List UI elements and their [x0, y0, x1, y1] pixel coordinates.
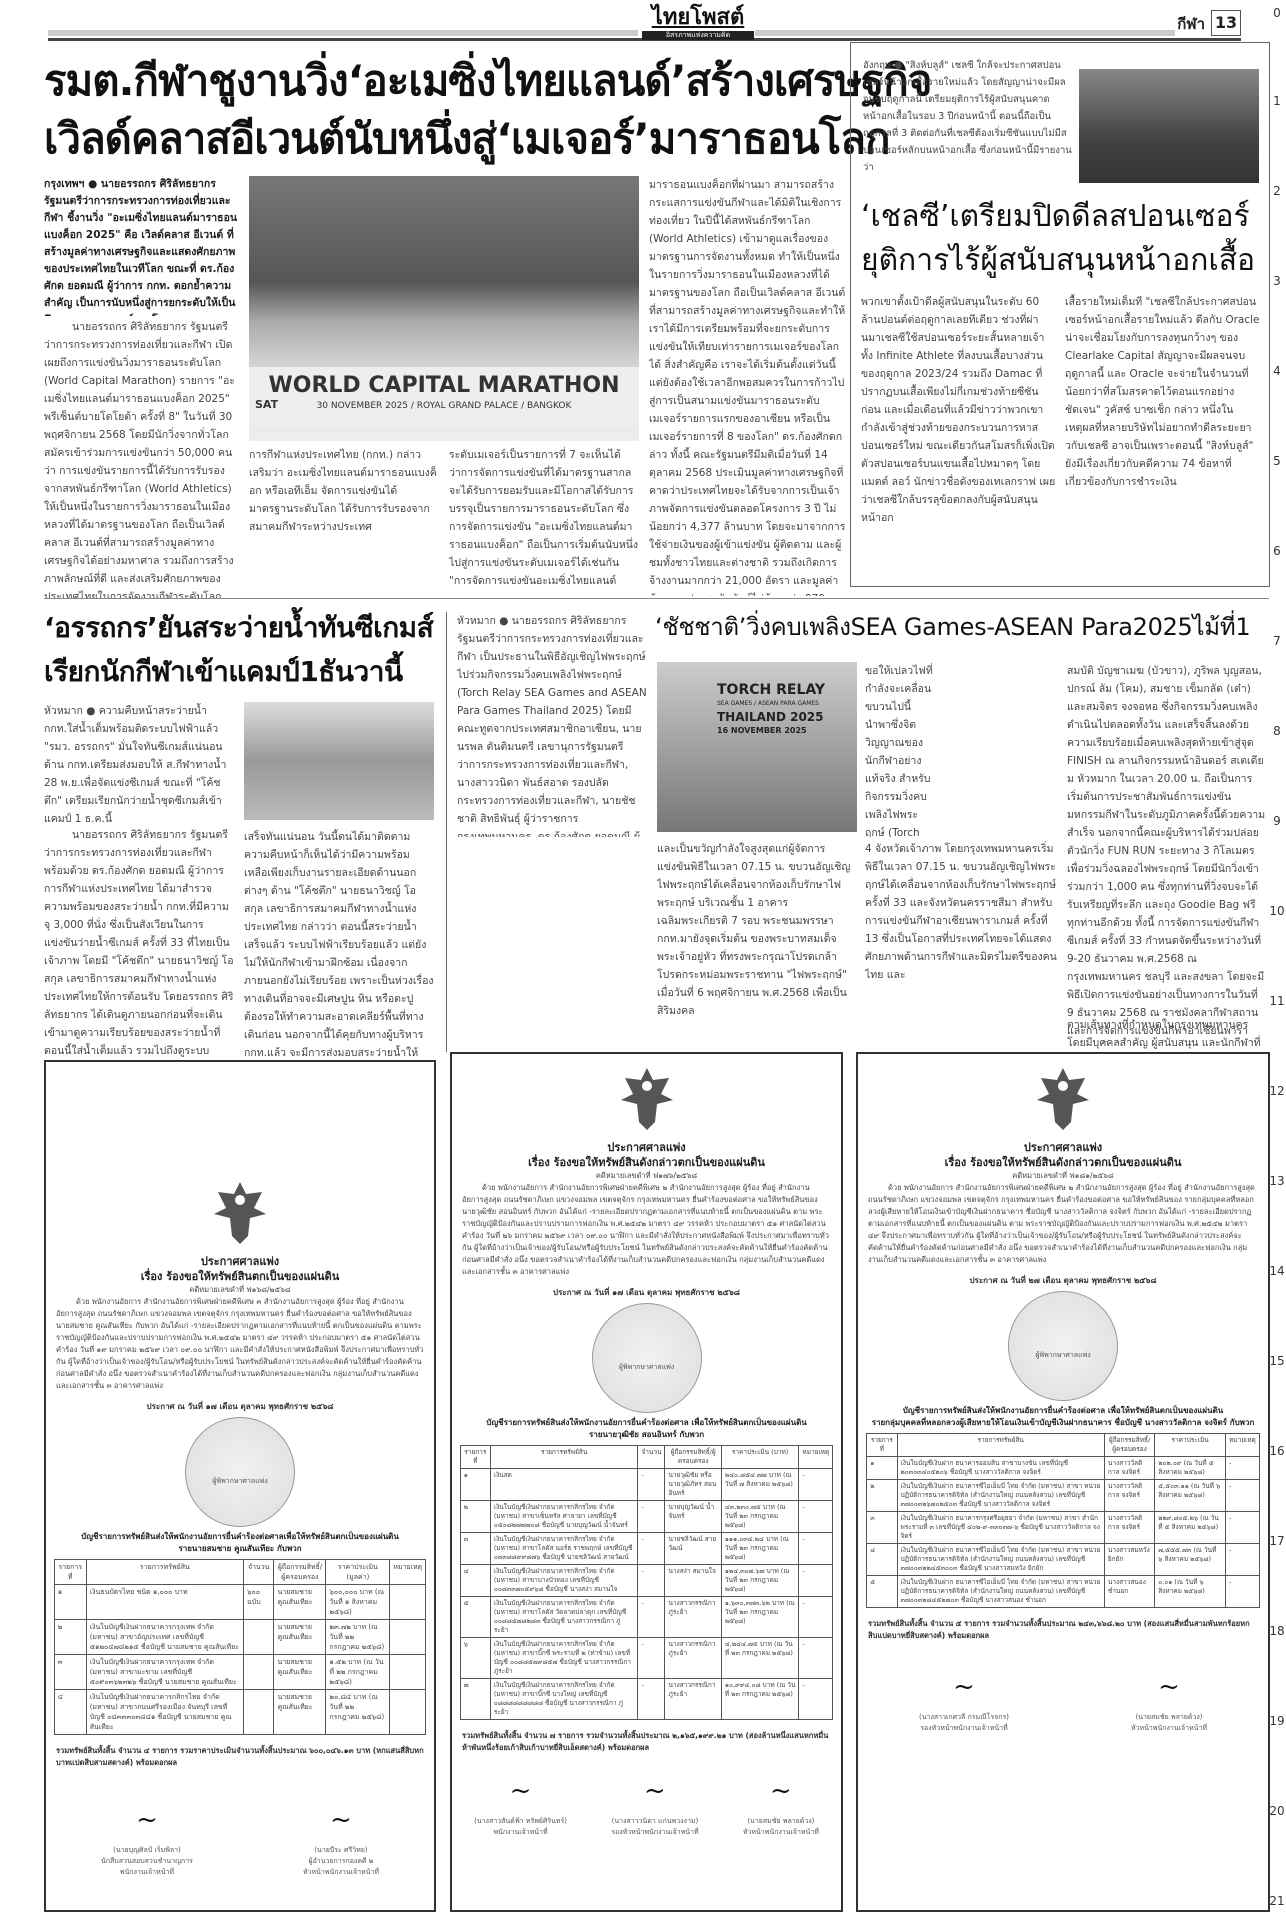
court-notice-2: ประกาศศาลแพ่ง เรื่อง ร้องขอให้ทรัพย์สินด… — [450, 1052, 843, 1912]
signature-icon: ~ — [303, 1805, 379, 1845]
lead-col-2: การกีฬาแห่งประเทศไทย (กกท.) กล่าวเสริมว่… — [249, 446, 439, 596]
lead-col-1: นายอรรถกร ศิริลัทธยากร รัฐมนตรีว่าการกระ… — [44, 318, 242, 598]
table-cell: - — [638, 1469, 665, 1501]
table-cell: - — [638, 1565, 665, 1597]
table-cell: ๗ — [460, 1679, 490, 1720]
table-cell: เงินธนบัตรไทย ชนิด ๑,๐๐๐ บาท — [86, 1585, 243, 1620]
table-cell: - — [638, 1679, 665, 1720]
table-row: ๖เงินในบัญชีเงินฝากธนาคารกสิกรไทย จำกัด … — [460, 1638, 832, 1679]
table-cell — [390, 1620, 426, 1655]
signer-text: (นายบีระ ศรีวิทย) — [303, 1845, 379, 1856]
court-seal-icon: ผู้พิพากษาศาลแพ่ง — [592, 1303, 702, 1413]
table-header-cell: จำนวน — [243, 1560, 273, 1585]
lead-col-4: มาราธอนแบงค็อกที่ผ่านมา สามารถสร้างกระแส… — [649, 176, 847, 596]
table-header-cell: หมายเหตุ — [799, 1446, 833, 1469]
signature-icon: ~ — [611, 1776, 698, 1816]
table-cell: ๒ — [54, 1620, 86, 1655]
table-cell: นางสาวกรรณิกา ภู่ระย้า — [665, 1638, 721, 1679]
table-cell: เงินในบัญชีเงินฝากธนาคารกสิกรไทย จำกัด (… — [490, 1638, 638, 1679]
table-cell: ๓ — [54, 1655, 86, 1690]
table-header-cell: หมายเหตุ — [1226, 1434, 1260, 1457]
table-cell: ๑,๖๓๐,๓๗๓.๖๒ บาท (ณ วันที่ ๒๓ กรกฎาคม ๒๕… — [721, 1597, 799, 1638]
signer-text: (นางสาวเกศวลี กรมณีโรจกร) — [919, 1712, 1009, 1723]
table-cell: เงินในบัญชีเงินฝาก ธนาคารกรุงศรีอยุธยา จ… — [897, 1512, 1104, 1544]
table-header-cell: ราคาประเมิน (มูลค่า) — [326, 1560, 390, 1585]
signer: ~(นางสาววนิดา แก่นพวงงาม)รองหัวหน้าพนักง… — [611, 1776, 698, 1838]
table-cell: - — [799, 1469, 833, 1501]
signer: ~(นายบุญศิลป์ เริ่มพิลา)นักสืบสวนสอบสวนช… — [101, 1805, 193, 1878]
chelsea-teaser: อังกฤษ ● "สิงห์บลูส์" เชลซี ใกล้จะประกาศ… — [863, 57, 1073, 181]
signer-text: ผู้อำนวยการกองคดี ๒ — [303, 1856, 379, 1867]
table-cell: นายวุฒิชัย หรือ นายวุฒิภัทร สอนอินทร์ — [665, 1469, 721, 1501]
table-cell: นางสาวสมหวัง ยิกยัก — [1104, 1544, 1154, 1576]
table-cell: ๒ — [867, 1480, 897, 1512]
table-cell — [390, 1690, 426, 1735]
table-cell: นางสาวกรรณิกา ภู่ระย้า — [665, 1679, 721, 1720]
table-header-cell: รายการทรัพย์สิน — [490, 1446, 638, 1469]
chelsea-headline-1: ‘เชลซี’เตรียมปิดดีลสปอนเซอร์ — [861, 195, 1250, 239]
table-cell: - — [799, 1679, 833, 1720]
table-row: ๒เงินในบัญชีเงินฝากธนาคารกสิกรไทย จำกัด … — [460, 1501, 832, 1533]
table-cell: ๑.๕๒ บาท (ณ วันที่ ๒๒ กรกฎาคม ๒๕๖๘) — [326, 1655, 390, 1690]
signer: ~(นายสมชัย พลายด้วง)หัวหน้าพนักงานเจ้าหน… — [1131, 1672, 1207, 1734]
swim-photo — [244, 702, 434, 820]
table-row: ๒เงินในบัญชีเงินฝากธนาคารกรุงเทพ จำกัด (… — [54, 1620, 425, 1655]
table-cell: - — [1226, 1457, 1260, 1480]
signer-text: พนักงานเจ้าหน้าที่ — [474, 1827, 567, 1838]
table-cell: - — [1226, 1576, 1260, 1608]
table-cell: นายสมชาย คูณสันเทียะ — [274, 1620, 326, 1655]
swim-headline-1: ‘อรรถกร’ยันสระว่ายน้ำทันซีเกมส์ — [44, 606, 444, 650]
table-cell: เงินในบัญชีเงินฝาก ธนาคารซีไอเอ็มบี ไทย … — [897, 1480, 1104, 1512]
torch-story: หัวหมาก ● นายอรรถกร ศิริลัทธยากร รัฐมนตร… — [455, 606, 1270, 1046]
lead-headline-2: เวิลด์คลาสอีเวนต์นับหนึ่งสู่‘เมเจอร์’มาร… — [44, 110, 844, 168]
table-cell: นายบุญวัฒน์ น้ำจันทร์ — [665, 1501, 721, 1533]
table-cell: - — [638, 1638, 665, 1679]
signer-text: รองหัวหน้าพนักงานเจ้าหน้าที่ — [919, 1723, 1009, 1734]
table-cell: - — [799, 1533, 833, 1565]
table-row: ๕เงินในบัญชีเงินฝากธนาคารกสิกรไทย จำกัด … — [460, 1597, 832, 1638]
marathon-photo: WORLD CAPITAL MARATHON 30 NOVEMBER 2025 … — [249, 176, 639, 441]
table-cell: ๖ — [460, 1638, 490, 1679]
table-header-cell: ราคาประเมิน — [1155, 1434, 1226, 1457]
table-cell — [243, 1690, 273, 1735]
newspaper-logo: ไทยโพสต์ อิสรภาพแห่งความคิด — [642, 6, 754, 40]
signatures: ~(นายบุญศิลป์ เริ่มพิลา)นักสืบสวนสอบสวนช… — [46, 1805, 434, 1878]
table-cell: ๒๐๒.๐๙ (ณ วันที่ ๕ สิงหาคม ๒๕๖๘) — [1155, 1457, 1226, 1480]
table-cell: นางสาวกรรณิกา ภู่ระย้า — [665, 1597, 721, 1638]
page-number: 13 — [1211, 10, 1241, 36]
table-cell: ๑๑๑,๐๓๔.๒๔ บาท (ณ วันที่ ๒๓ กรกฎาคม ๒๕๖๘… — [721, 1533, 799, 1565]
table-cell: ๒๒๙,๘๐๕.๒๖ (ณ วันที่ ๕ สิงหาคม ๒๕๖๘) — [1155, 1512, 1226, 1544]
table-cell: ๕ — [867, 1576, 897, 1608]
table-cell: นางสาวสนอง ชำนอก — [1104, 1576, 1154, 1608]
signer-text: หัวหน้าพนักงานเจ้าหน้าที่ — [1131, 1723, 1207, 1734]
signer: ~(นางสาวสันต์ฟ้า ทรัพย์ศิรินทร์)พนักงานเ… — [474, 1776, 567, 1838]
table-cell: เงินในบัญชีเงินฝาก ธนาคารซีไอเอ็มบี ไทย … — [897, 1576, 1104, 1608]
table-cell: เงินในบัญชีเงินฝากธนาคารกรุงเทพ จำกัด (ม… — [86, 1655, 243, 1690]
lead-lede: กรุงเทพฯ ● นายอรรถกร ศิริลัทธยากร รัฐมนต… — [44, 176, 242, 316]
signatures: ~(นางสาวเกศวลี กรมณีโรจกร)รองหัวหน้าพนัก… — [858, 1672, 1268, 1734]
table-cell: ๒๔๐,๘๕๔.๗๗ บาท (ณ วันที่ ๗ สิงหาคม ๒๕๖๘) — [721, 1469, 799, 1501]
table-row: ๔เงินในบัญชีเงินฝาก ธนาคารซีไอเอ็มบี ไทย… — [867, 1544, 1260, 1576]
torch-photo: TORCH RELAY SEA GAMES / ASEAN PARA GAMES… — [657, 662, 857, 832]
table-cell: ๑ — [54, 1585, 86, 1620]
table-cell: - — [1226, 1512, 1260, 1544]
table-cell: - — [799, 1638, 833, 1679]
table-cell: - — [1226, 1544, 1260, 1576]
table-cell: - — [638, 1597, 665, 1638]
table-cell: ๑ — [460, 1469, 490, 1501]
chelsea-headline-2: ยุติการไร้ผู้สนับสนุนหน้าอกเสื้อ — [861, 239, 1255, 283]
table-cell: ๕,๕๐๓.๑๑ (ณ วันที่ ๖ สิงหาคม ๒๕๖๘) — [1155, 1480, 1226, 1512]
masthead-rule-right — [755, 30, 1175, 36]
table-row: ๗เงินในบัญชีเงินฝากธนาคารกสิกรไทย จำกัด … — [460, 1679, 832, 1720]
table-cell: ๒ — [460, 1501, 490, 1533]
table-cell: นางสาววัลติกาล จงจิตร์ — [1104, 1480, 1154, 1512]
table-cell: ๑ — [867, 1457, 897, 1480]
table-cell: เงินในบัญชีเงินฝาก ธนาคารซีไอเอ็มบี ไทย … — [897, 1544, 1104, 1576]
table-cell: เงินในบัญชีเงินฝากธนาคารกสิกรไทย จำกัด (… — [490, 1597, 638, 1638]
table-row: ๔เงินในบัญชีเงินฝากธนาคารกสิกรไทย จำกัด … — [54, 1690, 425, 1735]
table-cell: - — [799, 1501, 833, 1533]
table-header-cell: รายการที่ — [867, 1434, 897, 1457]
table-cell: - — [1226, 1480, 1260, 1512]
garuda-emblem-icon — [1033, 1064, 1093, 1134]
table-cell: เงินในบัญชีเงินฝาก ธนาคารออมสิน สาขาบางข… — [897, 1457, 1104, 1480]
garuda-emblem-icon — [617, 1064, 677, 1134]
table-header-cell: จำนวน — [638, 1446, 665, 1469]
signature-icon: ~ — [743, 1776, 819, 1816]
table-cell: ๔,๒๔๔.๗๕ บาท (ณ วันที่ ๒๓ กรกฎาคม ๒๕๖๘) — [721, 1638, 799, 1679]
table-cell: - — [799, 1565, 833, 1597]
court-seal-icon: ผู้พิพากษาศาลแพ่ง — [185, 1417, 295, 1527]
torch-headline: ‘ชัชชาติ’วิ่งคบเพลิงSEA Games-ASEAN Para… — [655, 610, 1250, 644]
table-header-cell: รายการทรัพย์สิน — [897, 1434, 1104, 1457]
garuda-emblem-icon — [210, 1178, 270, 1248]
signature-icon: ~ — [474, 1776, 567, 1816]
table-row: ๔เงินในบัญชีเงินฝากธนาคารกสิกรไทย จำกัด … — [460, 1565, 832, 1597]
table-cell: เงินในบัญชีเงินฝากธนาคารกสิกรไทย จำกัด (… — [490, 1679, 638, 1720]
table-row: ๕เงินในบัญชีเงินฝาก ธนาคารซีไอเอ็มบี ไทย… — [867, 1576, 1260, 1608]
signature-icon: ~ — [1131, 1672, 1207, 1712]
table-cell: เงินสด — [490, 1469, 638, 1501]
table-cell: ๑๒๔,๓๐๗.๖๗ บาท (ณ วันที่ ๒๓ กรกฎาคม ๒๕๖๘… — [721, 1565, 799, 1597]
lead-story: รมต.กีฬาชูงานวิ่ง‘อะเมซิ่งไทยแลนด์’สร้าง… — [44, 52, 844, 597]
signer-text: (นางสาววนิดา แก่นพวงงาม) — [611, 1816, 698, 1827]
table-cell: เงินในบัญชีเงินฝากธนาคารกสิกรไทย จำกัด (… — [490, 1565, 638, 1597]
asset-table-1: รายการที่รายการทรัพย์สินจำนวนผู้ถือกรรมส… — [54, 1559, 426, 1735]
chelsea-photo — [1079, 69, 1259, 183]
table-row: ๒เงินในบัญชีเงินฝาก ธนาคารซีไอเอ็มบี ไทย… — [867, 1480, 1260, 1512]
table-cell: ๓ — [460, 1533, 490, 1565]
lead-col-3: ระดับเมเจอร์เป็นรายการที่ 7 จะเห็นได้ว่า… — [449, 446, 639, 596]
table-cell — [243, 1620, 273, 1655]
table-cell: นายสมชาย คูณสันเทียะ — [274, 1655, 326, 1690]
signatures: ~(นางสาวสันต์ฟ้า ทรัพย์ศิรินทร์)พนักงานเ… — [452, 1776, 841, 1838]
table-row: ๓เงินในบัญชีเงินฝากธนาคารกสิกรไทย จำกัด … — [460, 1533, 832, 1565]
torch-col-3: สมบัติ บัญชาเมฆ (บัวขาว), ภูริพล บุญสอน,… — [1067, 662, 1267, 1042]
table-cell — [390, 1585, 426, 1620]
signer-text: (นายสมชัย พลายด้วง) — [1131, 1712, 1207, 1723]
signer-text: นักสืบสวนสอบสวนชำนาญการ — [101, 1856, 193, 1867]
table-header-cell: ผู้ถือกรรมสิทธิ์/ผู้ครอบครอง — [665, 1446, 721, 1469]
table-cell — [243, 1655, 273, 1690]
signer-text: (นายบุญศิลป์ เริ่มพิลา) — [101, 1845, 193, 1856]
torch-col-b3: ตามเส้นทางที่กำหนดในกรุงเทพมหานคร โดยมีบ… — [1067, 1016, 1267, 1056]
masthead-rule-left — [48, 30, 638, 36]
table-header-cell: รายการที่ — [54, 1560, 86, 1585]
table-cell: ๗,๕๕๕.๗๓ (ณ วันที่ ๖ สิงหาคม ๒๕๖๘) — [1155, 1544, 1226, 1576]
section-label: กีฬา — [1177, 12, 1205, 36]
torch-col-b2: 4 จังหวัดเจ้าภาพ โดยกรุงเทพมหานครเริ่มพิ… — [865, 840, 1060, 1044]
signer-text: รองหัวหน้าพนักงานเจ้าหน้าที่ — [611, 1827, 698, 1838]
table-cell: - — [799, 1597, 833, 1638]
table-row: ๓เงินในบัญชีเงินฝาก ธนาคารกรุงศรีอยุธยา … — [867, 1512, 1260, 1544]
signature-icon: ~ — [101, 1805, 193, 1845]
table-cell: ๔ — [460, 1565, 490, 1597]
table-cell: เงินในบัญชีเงินฝากธนาคารกสิกรไทย จำกัด (… — [86, 1690, 243, 1735]
table-cell — [390, 1655, 426, 1690]
table-cell: ๔ — [867, 1544, 897, 1576]
table-cell: นายชลิวัฒน์ สายวัฒน์ — [665, 1533, 721, 1565]
table-cell: ๔ — [54, 1690, 86, 1735]
signer: ~(นายบีระ ศรีวิทย)ผู้อำนวยการกองคดี ๒หัว… — [303, 1805, 379, 1878]
table-row: ๑เงินสด-นายวุฒิชัย หรือ นายวุฒิภัทร สอนอ… — [460, 1469, 832, 1501]
table-cell: ๓ — [867, 1512, 897, 1544]
table-cell: ๒๐.๘๔ บาท (ณ วันที่ ๒๒ กรกฎาคม ๒๕๖๘) — [326, 1690, 390, 1735]
table-cell: เงินในบัญชีเงินฝากธนาคารกสิกรไทย จำกัด (… — [490, 1501, 638, 1533]
table-cell: นางสง่า สมานใจ — [665, 1565, 721, 1597]
signer-text: หัวหน้าพนักงานเจ้าหน้าที่ — [743, 1827, 819, 1838]
torch-col-b1: และเป็นขวัญกำลังใจสูงสุดแก่ผู้จัดการแข่ง… — [657, 840, 857, 1044]
signer-text: พนักงานเจ้าหน้าที่ — [101, 1867, 193, 1878]
lead-headline-1: รมต.กีฬาชูงานวิ่ง‘อะเมซิ่งไทยแลนด์’สร้าง… — [44, 52, 844, 110]
swim-headline-2: เรียกนักกีฬาเข้าแคมป์1ธันวานี้ — [44, 650, 444, 694]
table-cell: ๖๐๐,๐๐๐ บาท (ณ วันที่ ๑ สิงหาคม ๒๕๖๘) — [326, 1585, 390, 1620]
table-cell: นายสมชาย คูณสันเทียะ — [274, 1690, 326, 1735]
swim-story: ‘อรรถกร’ยันสระว่ายน้ำทันซีเกมส์ เรียกนัก… — [44, 606, 444, 1006]
torch-lede: หัวหมาก ● นายอรรถกร ศิริลัทธยากร รัฐมนตร… — [457, 612, 647, 837]
sat-logo: SAT — [255, 398, 278, 411]
table-cell: ๖๐๐ ฉบับ — [243, 1585, 273, 1620]
chelsea-col-2: เสื้อรายใหม่เต็มที "เชลซีใกล้ประกาศสปอนเ… — [1065, 293, 1260, 578]
swim-lede: หัวหมาก ● ความคืบหน้าสระว่ายน้ำ กกท.ใส่น… — [44, 702, 234, 822]
court-notice-1: ประกาศศาลแพ่ง เรื่อง ร้องขอให้ทรัพย์สินต… — [44, 1060, 436, 1912]
table-row: ๑เงินในบัญชีเงินฝาก ธนาคารออมสิน สาขาบาง… — [867, 1457, 1260, 1480]
table-cell: ๔๓,๒๓๐.๗๕ บาท (ณ วันที่ ๒๓ กรกฎาคม ๒๕๖๘) — [721, 1501, 799, 1533]
table-header-cell: หมายเหตุ — [390, 1560, 426, 1585]
table-cell: เงินในบัญชีเงินฝากธนาคารกรุงเทพ จำกัด (ม… — [86, 1620, 243, 1655]
table-cell: ๕ — [460, 1597, 490, 1638]
torch-col-2: ขอให้เปลวไฟที่กำลังจะเคลื่อนขบวนไปนี้ นำ… — [865, 662, 935, 837]
masthead: ไทยโพสต์ อิสรภาพแห่งความคิด กีฬา 13 — [0, 0, 1265, 44]
asset-table-3: รายการที่รายการทรัพย์สินผู้ถือกรรมสิทธิ์… — [866, 1433, 1260, 1608]
table-row: ๓เงินในบัญชีเงินฝากธนาคารกรุงเทพ จำกัด (… — [54, 1655, 425, 1690]
section-divider — [44, 598, 1269, 599]
signer: ~(นายสมชัย พลายด้วง)หัวหน้าพนักงานเจ้าหน… — [743, 1776, 819, 1838]
marathon-banner: WORLD CAPITAL MARATHON 30 NOVEMBER 2025 … — [249, 367, 639, 427]
table-cell: - — [638, 1501, 665, 1533]
signer-text: (นายสมชัย พลายด้วง) — [743, 1816, 819, 1827]
table-header-cell: ผู้ถือกรรมสิทธิ์/ผู้ครอบครอง — [1104, 1434, 1154, 1457]
table-header-cell: ราคาประเมิน (บาท) — [721, 1446, 799, 1469]
table-header-cell: ผู้ถือกรรมสิทธิ์/ผู้ครอบครอง — [274, 1560, 326, 1585]
table-cell: นางสาววัลติกาล จงจิตร์ — [1104, 1512, 1154, 1544]
court-seal-icon: ผู้พิพากษาศาลแพ่ง — [1008, 1291, 1118, 1401]
table-cell: นายสมชาย คูณสันเทียะ — [274, 1585, 326, 1620]
signature-icon: ~ — [919, 1672, 1009, 1712]
table-cell: ๑๐,๙๙๔.๐๘ บาท (ณ วันที่ ๒๓ กรกฎาคม ๒๕๖๘) — [721, 1679, 799, 1720]
table-header-cell: รายการที่ — [460, 1446, 490, 1469]
table-cell: ๐.๐๑ (ณ วันที่ ๖ สิงหาคม ๒๕๖๘) — [1155, 1576, 1226, 1608]
column-rule — [446, 612, 447, 1052]
signer: ~(นางสาวเกศวลี กรมณีโรจกร)รองหัวหน้าพนัก… — [919, 1672, 1009, 1734]
asset-table-2: รายการที่รายการทรัพย์สินจำนวนผู้ถือกรรมส… — [460, 1445, 833, 1720]
table-row: ๑เงินธนบัตรไทย ชนิด ๑,๐๐๐ บาท๖๐๐ ฉบับนาย… — [54, 1585, 425, 1620]
signer-text: หัวหน้าพนักงานเจ้าหน้าที่ — [303, 1867, 379, 1878]
table-cell: เงินในบัญชีเงินฝากธนาคารกสิกรไทย จำกัด (… — [490, 1533, 638, 1565]
court-notice-3: ประกาศศาลแพ่ง เรื่อง ร้องขอให้ทรัพย์สินด… — [856, 1052, 1270, 1912]
signer-text: (นางสาวสันต์ฟ้า ทรัพย์ศิรินทร์) — [474, 1816, 567, 1827]
table-header-cell: รายการทรัพย์สิน — [86, 1560, 243, 1585]
table-cell: นางสาววัลติกาล จงจิตร์ — [1104, 1457, 1154, 1480]
table-cell: ๒๓.๗๒ บาท (ณ วันที่ ๒๒ กรกฎาคม ๒๕๖๘) — [326, 1620, 390, 1655]
chelsea-story: อังกฤษ ● "สิงห์บลูส์" เชลซี ใกล้จะประกาศ… — [850, 42, 1270, 587]
chelsea-col-1: พวกเขาตั้งเป้าดีลผู้สนับสนุนในระดับ 60 ล… — [861, 293, 1056, 578]
table-cell: - — [638, 1533, 665, 1565]
